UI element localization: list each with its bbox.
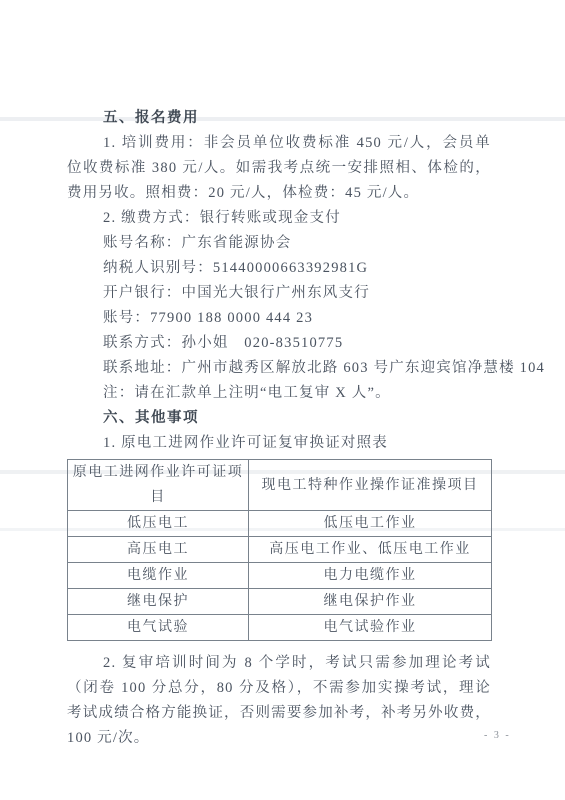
table-cell: 电气试验作业 [249, 615, 492, 641]
table-header-row: 原电工进网作业许可证项目 现电工特种作业操作证准操项目 [68, 460, 492, 511]
table-cell: 高压电工 [68, 537, 249, 563]
table-cell: 电力电缆作业 [249, 563, 492, 589]
table-cell: 继电保护 [68, 589, 249, 615]
document-body: 五、报名费用 1. 培训费用：非会员单位收费标准 450 元/人，会员单位收费标… [67, 106, 491, 751]
section-heading-fees: 五、报名费用 [67, 106, 491, 131]
table-row: 高压电工 高压电工作业、低压电工作业 [68, 537, 492, 563]
document-page: 五、报名费用 1. 培训费用：非会员单位收费标准 450 元/人，会员单位收费标… [0, 0, 565, 800]
paragraph-retraining: 2. 复审培训时间为 8 个学时，考试只需参加理论考试（闭卷 100 分总分，8… [67, 651, 491, 751]
table-row: 电气试验 电气试验作业 [68, 615, 492, 641]
table-cell: 电缆作业 [68, 563, 249, 589]
line-account-number: 账号：77900 188 0000 444 23 [67, 306, 491, 331]
table-row: 电缆作业 电力电缆作业 [68, 563, 492, 589]
certificate-comparison-table: 原电工进网作业许可证项目 现电工特种作业操作证准操项目 低压电工 低压电工作业 … [67, 459, 492, 641]
table-row: 继电保护 继电保护作业 [68, 589, 492, 615]
section-heading-other: 六、其他事项 [67, 406, 491, 431]
page-number: - 3 - [484, 730, 511, 741]
line-account-name: 账号名称：广东省能源协会 [67, 231, 491, 256]
table-header-cell: 现电工特种作业操作证准操项目 [249, 460, 492, 511]
table-cell: 低压电工 [68, 511, 249, 537]
line-payment-method: 2. 缴费方式：银行转账或现金支付 [67, 206, 491, 231]
line-taxpayer-id: 纳税人识别号：51440000663392981G [67, 256, 491, 281]
line-address: 联系地址：广州市越秀区解放北路 603 号广东迎宾馆净慧楼 104 [67, 356, 491, 381]
table-row: 低压电工 低压电工作业 [68, 511, 492, 537]
table-cell: 继电保护作业 [249, 589, 492, 615]
line-table-intro: 1. 原电工进网作业许可证复审换证对照表 [67, 431, 491, 456]
line-contact: 联系方式：孙小姐 020-83510775 [67, 331, 491, 356]
table-cell: 电气试验 [68, 615, 249, 641]
table-header-cell: 原电工进网作业许可证项目 [68, 460, 249, 511]
line-remittance-note: 注：请在汇款单上注明“电工复审 X 人”。 [67, 381, 491, 406]
paragraph-training-fee: 1. 培训费用：非会员单位收费标准 450 元/人，会员单位收费标准 380 元… [67, 131, 491, 206]
table-cell: 高压电工作业、低压电工作业 [249, 537, 492, 563]
line-bank: 开户银行：中国光大银行广州东风支行 [67, 281, 491, 306]
table-cell: 低压电工作业 [249, 511, 492, 537]
